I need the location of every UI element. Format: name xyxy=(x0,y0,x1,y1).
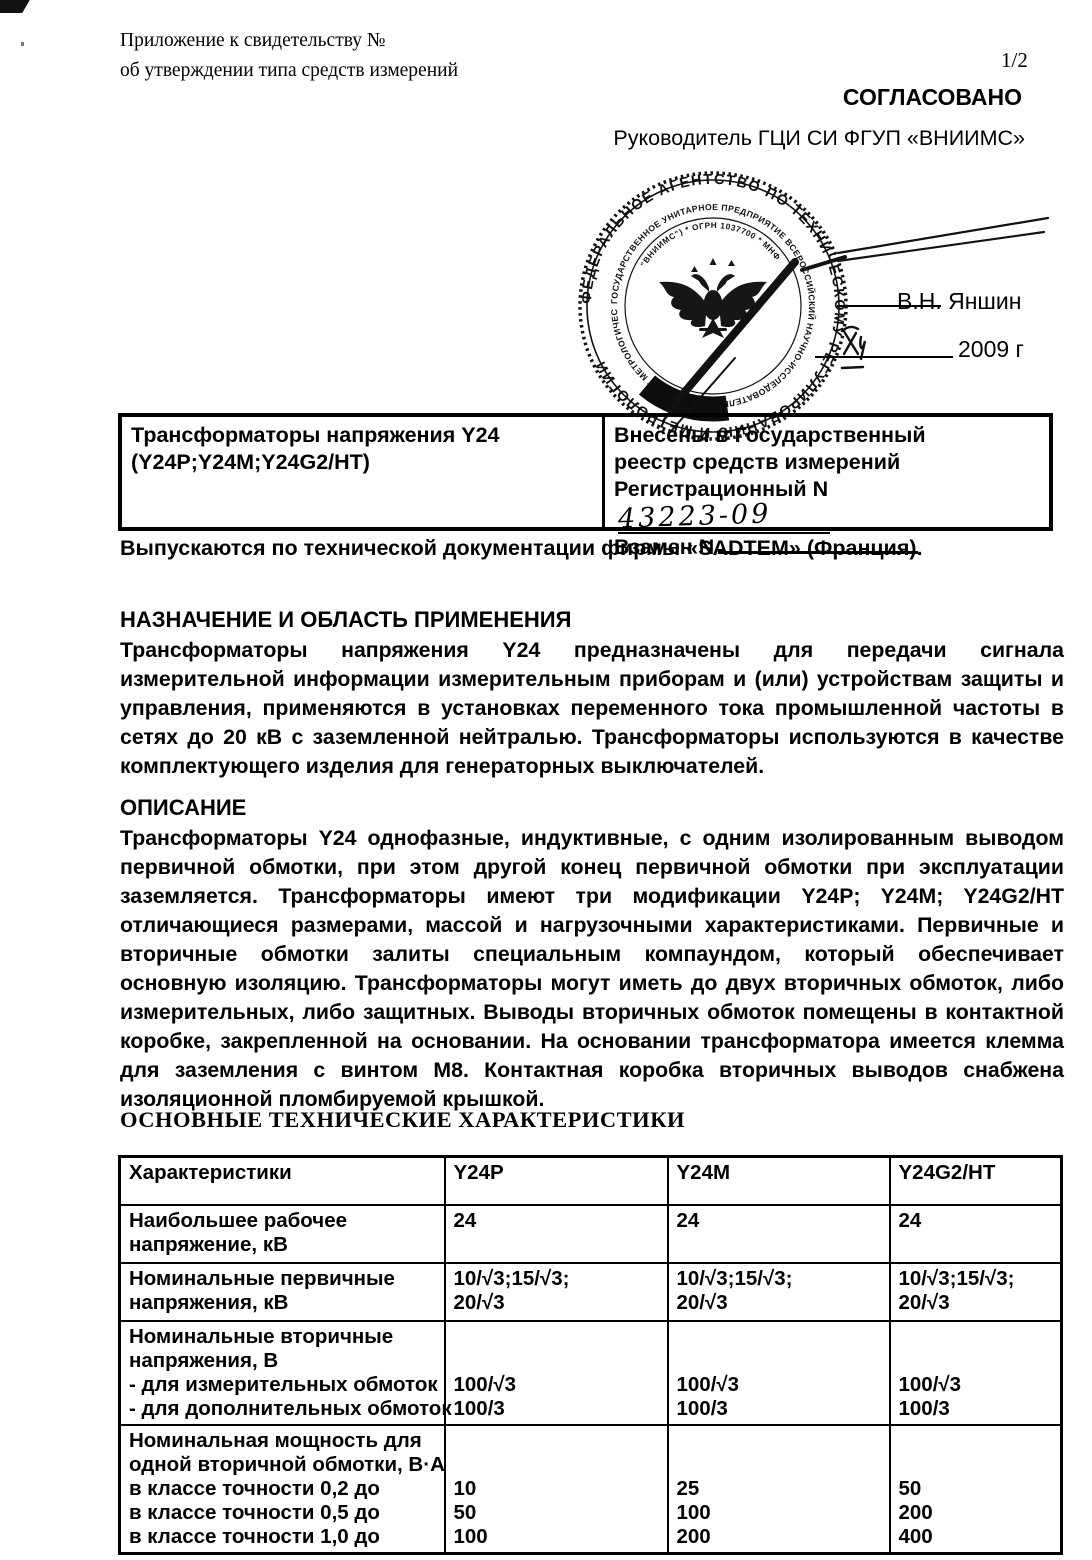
spec-cell: Номинальная мощность дляодной вторичной … xyxy=(120,1425,445,1554)
spec-cell: 24 xyxy=(890,1205,1062,1263)
spec-cell: 24 xyxy=(445,1205,668,1263)
spec-row: Номинальные вторичныенапряжения, В- для … xyxy=(120,1321,1062,1425)
page-number: 1/2 xyxy=(1001,48,1028,73)
spec-cell: Номинальные первичныенапряжения, кВ xyxy=(120,1263,445,1321)
description-section-body: Трансформаторы Y24 однофазные, индуктивн… xyxy=(120,824,1064,1114)
spec-cell-line: в классе точности 1,0 до xyxy=(129,1525,436,1549)
spec-cell-line xyxy=(677,1349,881,1373)
header-line-2: об утверждении типа средств измерений xyxy=(120,56,458,86)
registration-box: Трансформаторы напряжения Y24 (Y24P;Y24M… xyxy=(118,413,1053,531)
spec-table: ХарактеристикиY24PY24MY24G2/НТНаибольшее… xyxy=(118,1155,1063,1555)
registry-line-1: Внесены в Государственный xyxy=(614,422,1040,449)
header-line-1: Приложение к свидетельству № xyxy=(120,26,458,56)
spec-cell-line xyxy=(677,1453,881,1477)
spec-cell-line: Характеристики xyxy=(129,1161,436,1185)
device-name-cell: Трансформаторы напряжения Y24 (Y24P;Y24M… xyxy=(122,417,605,527)
spec-cell-line: - для дополнительных обмоток xyxy=(129,1397,436,1421)
spec-cell-line: Y24G2/НТ xyxy=(899,1161,1053,1185)
scan-dot xyxy=(21,42,24,46)
spec-cell-line: напряжения, В xyxy=(129,1349,436,1373)
spec-header-row: ХарактеристикиY24PY24MY24G2/НТ xyxy=(120,1157,1062,1206)
spec-cell-line: 50 xyxy=(899,1477,1053,1501)
document-header: Приложение к свидетельству № об утвержде… xyxy=(120,26,458,86)
spec-cell-line: 200 xyxy=(899,1501,1053,1525)
description-section-title: ОПИСАНИЕ xyxy=(120,795,246,821)
spec-row: Номинальная мощность дляодной вторичной … xyxy=(120,1425,1062,1554)
spec-cell: 10/√3;15/√3;20/√3 xyxy=(890,1263,1062,1321)
agreed-label: СОГЛАСОВАНО xyxy=(843,84,1022,111)
spec-cell-line: 24 xyxy=(899,1209,1053,1233)
approver-title: Руководитель ГЦИ СИ ФГУП «ВНИИМС» xyxy=(613,126,1025,151)
spec-cell-line xyxy=(899,1453,1053,1477)
spec-cell-line: 10/√3;15/√3; xyxy=(677,1267,881,1291)
date-line xyxy=(815,356,953,358)
spec-cell: 100/√3100/3 xyxy=(668,1321,890,1425)
spec-cell-line xyxy=(677,1429,881,1453)
spec-cell-line: напряжения, кВ xyxy=(129,1291,436,1315)
approval-year: 2009 г xyxy=(958,336,1024,363)
spec-cell-line: 10/√3;15/√3; xyxy=(454,1267,659,1291)
spec-row: Номинальные первичныенапряжения, кВ10/√3… xyxy=(120,1263,1062,1321)
spec-cell-line: 50 xyxy=(454,1501,659,1525)
spec-cell-line: 100/3 xyxy=(454,1397,659,1421)
spec-cell-line: 100/√3 xyxy=(454,1373,659,1397)
spec-cell-line: Номинальные вторичные xyxy=(129,1325,436,1349)
spec-cell-line xyxy=(454,1349,659,1373)
registry-line-2: реестр средств измерений xyxy=(614,449,1040,476)
document-page: Приложение к свидетельству № об утвержде… xyxy=(0,0,1092,1560)
spec-cell: 1050100 xyxy=(445,1425,668,1554)
handwritten-month-mark xyxy=(842,327,865,368)
spec-cell-line xyxy=(899,1325,1053,1349)
spec-cell-line xyxy=(899,1429,1053,1453)
spec-cell-line: 100/3 xyxy=(677,1397,881,1421)
spec-cell: Характеристики xyxy=(120,1157,445,1206)
spec-cell-line: 100 xyxy=(454,1525,659,1549)
stamp-inner-text: "ВНИИМС") * ОГРН 1037700 * МНФ xyxy=(639,221,782,269)
spec-cell: 10/√3;15/√3;20/√3 xyxy=(668,1263,890,1321)
purpose-section-body: Трансформаторы напряжения Y24 предназнач… xyxy=(120,636,1064,781)
spec-cell-line: в классе точности 0,2 до xyxy=(129,1477,436,1501)
spec-cell-line: 100/√3 xyxy=(899,1373,1053,1397)
spec-cell-line: - для измерительных обмоток xyxy=(129,1373,436,1397)
spec-cell: 100/√3100/3 xyxy=(890,1321,1062,1425)
spec-cell-line: 100 xyxy=(677,1501,881,1525)
specs-section-title: ОСНОВНЫЕ ТЕХНИЧЕСКИЕ ХАРАКТЕРИСТИКИ xyxy=(120,1107,685,1133)
spec-cell-line: Y24P xyxy=(454,1161,659,1185)
spec-cell-line: 24 xyxy=(677,1209,881,1233)
registration-number-handwritten: 43223-09 xyxy=(618,500,772,532)
spec-cell: 100/√3100/3 xyxy=(445,1321,668,1425)
spec-row: Наибольшее рабочеенапряжение, кВ242424 xyxy=(120,1205,1062,1263)
spec-cell-line: Y24M xyxy=(677,1161,881,1185)
spec-cell-line: 100/√3 xyxy=(677,1373,881,1397)
spec-cell-line: 20/√3 xyxy=(899,1291,1053,1315)
spec-cell-line: 100/3 xyxy=(899,1397,1053,1421)
spec-cell: Наибольшее рабочеенапряжение, кВ xyxy=(120,1205,445,1263)
spec-cell-line: 400 xyxy=(899,1525,1053,1549)
spec-cell-line: 20/√3 xyxy=(454,1291,659,1315)
spec-cell: Y24P xyxy=(445,1157,668,1206)
spec-cell-line xyxy=(454,1429,659,1453)
spec-cell-line: Номинальные первичные xyxy=(129,1267,436,1291)
eagle-emblem-icon xyxy=(659,258,767,338)
spec-cell: 50200400 xyxy=(890,1425,1062,1554)
purpose-section-title: НАЗНАЧЕНИЕ И ОБЛАСТЬ ПРИМЕНЕНИЯ xyxy=(120,607,571,633)
spec-cell-line: 20/√3 xyxy=(677,1291,881,1315)
spec-cell-line: 200 xyxy=(677,1525,881,1549)
spec-cell: Номинальные вторичныенапряжения, В- для … xyxy=(120,1321,445,1425)
issued-by-line: Выпускаются по технической документации … xyxy=(120,536,1050,561)
device-name-line-1: Трансформаторы напряжения Y24 xyxy=(131,422,593,449)
spec-cell-line xyxy=(454,1453,659,1477)
spec-cell: 24 xyxy=(668,1205,890,1263)
registry-number-line: Регистрационный N43223-09 xyxy=(614,476,1040,534)
spec-cell: 10/√3;15/√3;20/√3 xyxy=(445,1263,668,1321)
spec-cell-line: напряжение, кВ xyxy=(129,1233,436,1257)
registration-number-label: Регистрационный N xyxy=(614,477,828,501)
spec-cell-line: 25 xyxy=(677,1477,881,1501)
spec-cell-line: 10 xyxy=(454,1477,659,1501)
signer-name: В.Н. Яншин xyxy=(897,288,1021,315)
spec-cell-line xyxy=(677,1325,881,1349)
spec-cell-line: Наибольшее рабочее xyxy=(129,1209,436,1233)
registry-cell: Внесены в Государственный реестр средств… xyxy=(605,417,1049,527)
spec-cell-line: в классе точности 0,5 до xyxy=(129,1501,436,1525)
spec-cell-line: 24 xyxy=(454,1209,659,1233)
device-name-line-2: (Y24P;Y24M;Y24G2/НТ) xyxy=(131,449,593,476)
spec-cell: 25100200 xyxy=(668,1425,890,1554)
spec-cell-line: 10/√3;15/√3; xyxy=(899,1267,1053,1291)
spec-cell: Y24G2/НТ xyxy=(890,1157,1062,1206)
spec-cell-line xyxy=(899,1349,1053,1373)
spec-cell-line: Номинальная мощность для xyxy=(129,1429,436,1453)
spec-cell-line xyxy=(454,1325,659,1349)
scan-blemish xyxy=(0,0,30,13)
spec-cell-line: одной вторичной обмотки, В·А xyxy=(129,1453,436,1477)
spec-cell: Y24M xyxy=(668,1157,890,1206)
